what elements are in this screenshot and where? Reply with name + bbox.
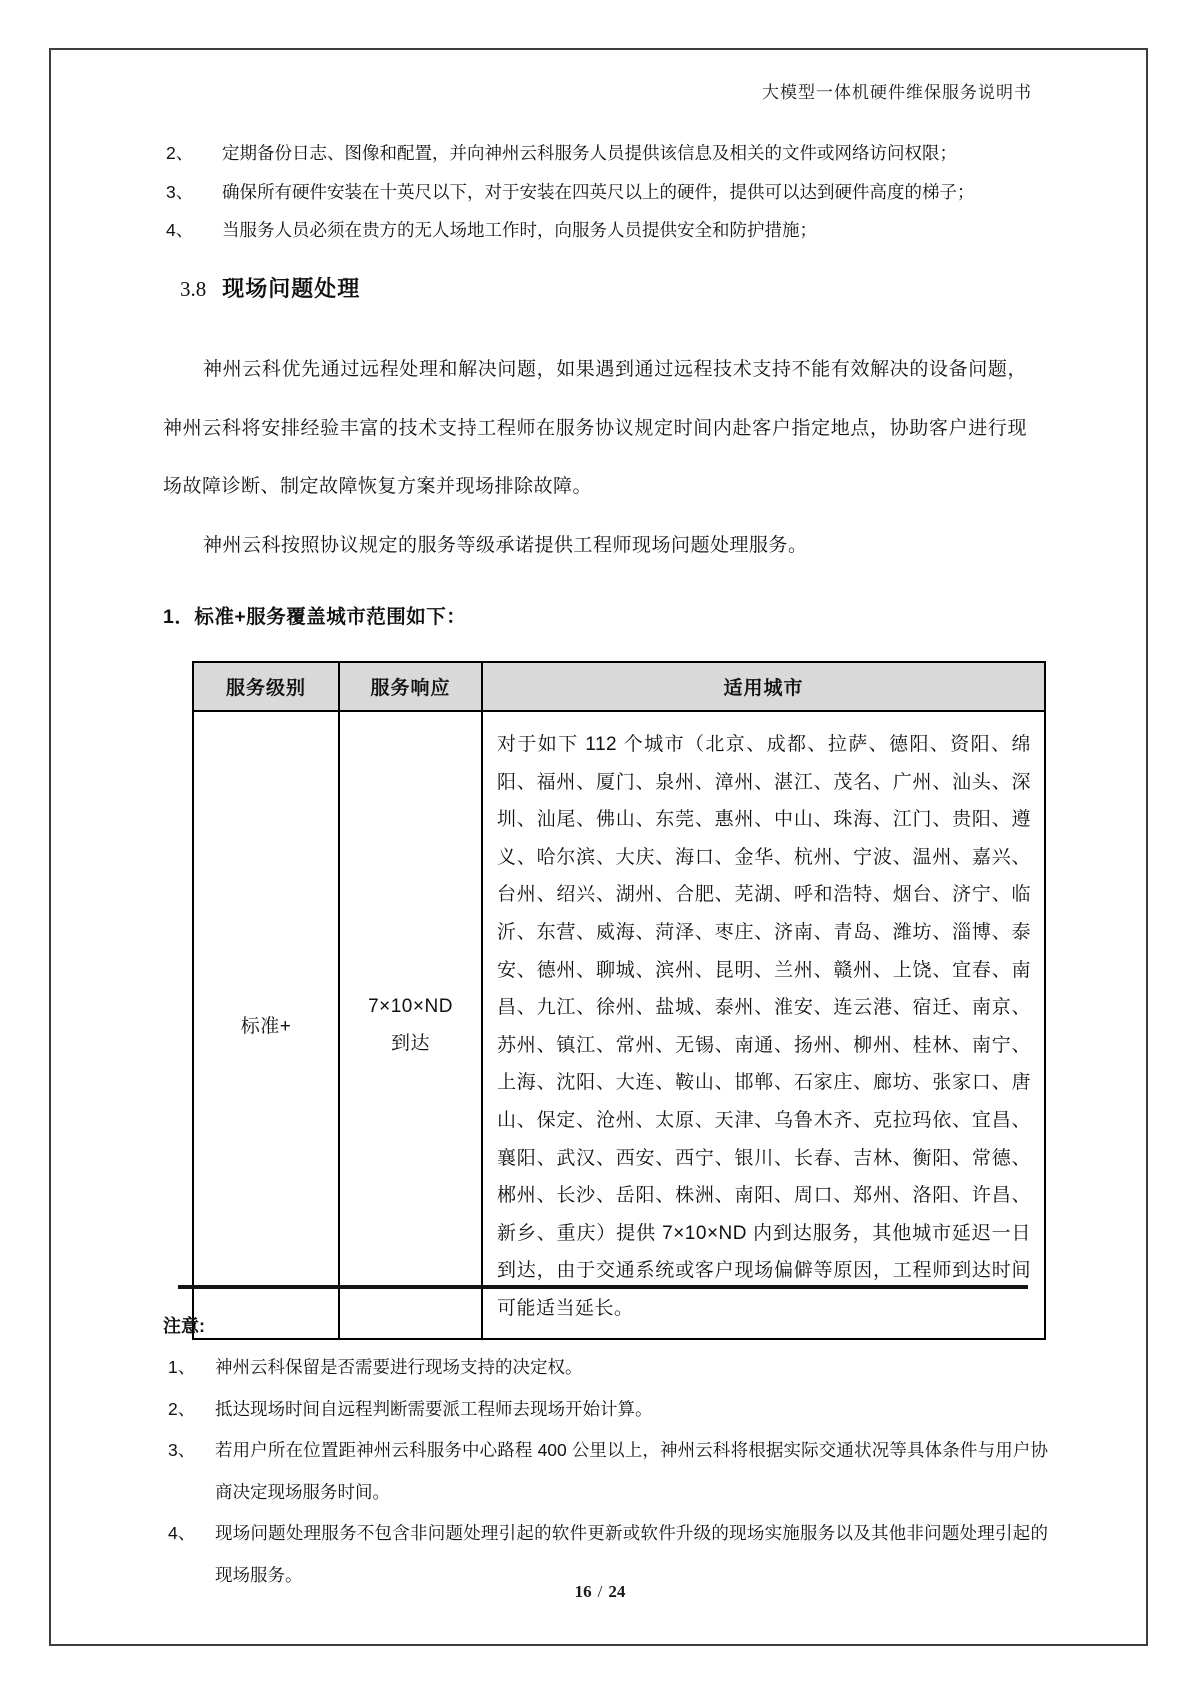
response-line-2: 到达 [341, 1025, 480, 1062]
document-header-title: 大模型一体机硬件维保服务说明书 [163, 78, 1032, 103]
column-header-service-response: 服务响应 [339, 662, 482, 711]
list-item: 4、 当服务人员必须在贵方的无人场地工作时，向服务人员提供安全和防护措施； [166, 211, 1046, 250]
list-item-number: 2、 [166, 134, 222, 173]
body-paragraph: 神州云科按照协议规定的服务等级承诺提供工程师现场问题处理服务。 [163, 517, 1027, 576]
page-footer: 16/24 [0, 1582, 1200, 1602]
note-number: 2、 [168, 1389, 215, 1431]
requirements-list: 2、 定期备份日志、图像和配置，并向神州云科服务人员提供该信息及相关的文件或网络… [166, 134, 1046, 250]
cell-service-level: 标准+ [193, 711, 339, 1339]
page-number-current: 16 [575, 1582, 592, 1601]
list-item: 2、 定期备份日志、图像和配置，并向神州云科服务人员提供该信息及相关的文件或网络… [166, 134, 1046, 173]
page-number-separator: / [592, 1582, 609, 1601]
document-page: 大模型一体机硬件维保服务说明书 2、 定期备份日志、图像和配置，并向神州云科服务… [0, 0, 1200, 1698]
list-item: 3、 确保所有硬件安装在十英尺以下，对于安装在四英尺以上的硬件，提供可以达到硬件… [166, 173, 1046, 212]
note-item: 2、 抵达现场时间自远程判断需要派工程师去现场开始计算。 [168, 1389, 1048, 1431]
note-item: 3、 若用户所在位置距神州云科服务中心路程 400 公里以上，神州云科将根据实际… [168, 1430, 1048, 1513]
note-text: 若用户所在位置距神州云科服务中心路程 400 公里以上，神州云科将根据实际交通状… [215, 1430, 1048, 1513]
response-line-1: 7×10×ND [341, 988, 480, 1025]
table-header-row: 服务级别 服务响应 适用城市 [193, 662, 1045, 711]
note-text: 神州云科保留是否需要进行现场支持的决定权。 [215, 1347, 583, 1389]
list-item-number: 3、 [166, 173, 222, 212]
list-item-text: 定期备份日志、图像和配置，并向神州云科服务人员提供该信息及相关的文件或网络访问权… [222, 134, 957, 173]
service-coverage-table: 服务级别 服务响应 适用城市 标准+ 7×10×ND 到达 对于如下 112 个… [192, 661, 1046, 1340]
note-number: 1、 [168, 1347, 215, 1389]
note-number: 3、 [168, 1430, 215, 1513]
note-text: 抵达现场时间自远程判断需要派工程师去现场开始计算。 [215, 1389, 653, 1431]
column-header-applicable-cities: 适用城市 [482, 662, 1045, 711]
cell-applicable-cities: 对于如下 112 个城市（北京、成都、拉萨、德阳、资阳、绵阳、福州、厦门、泉州、… [482, 711, 1045, 1339]
list-item-number: 4、 [166, 211, 222, 250]
section-title: 现场问题处理 [222, 272, 360, 303]
section-divider-rule [178, 1285, 1028, 1289]
notes-label: 注意: [163, 1312, 205, 1338]
list-item-text: 当服务人员必须在贵方的无人场地工作时，向服务人员提供安全和防护措施； [222, 211, 817, 250]
note-item: 1、 神州云科保留是否需要进行现场支持的决定权。 [168, 1347, 1048, 1389]
body-paragraph: 神州云科优先通过远程处理和解决问题，如果遇到通过远程技术支持不能有效解决的设备问… [163, 341, 1027, 517]
cell-service-response: 7×10×ND 到达 [339, 711, 482, 1339]
page-number-total: 24 [608, 1582, 625, 1601]
section-number: 3.8 [180, 277, 206, 302]
list-item-text: 确保所有硬件安装在十英尺以下，对于安装在四英尺以上的硬件，提供可以达到硬件高度的… [222, 173, 975, 212]
column-header-service-level: 服务级别 [193, 662, 339, 711]
section-heading: 3.8 现场问题处理 [180, 272, 360, 303]
notes-list: 1、 神州云科保留是否需要进行现场支持的决定权。 2、 抵达现场时间自远程判断需… [168, 1347, 1048, 1596]
table-row: 标准+ 7×10×ND 到达 对于如下 112 个城市（北京、成都、拉萨、德阳、… [193, 711, 1045, 1339]
coverage-list-heading: 1．标准+服务覆盖城市范围如下： [163, 601, 466, 629]
